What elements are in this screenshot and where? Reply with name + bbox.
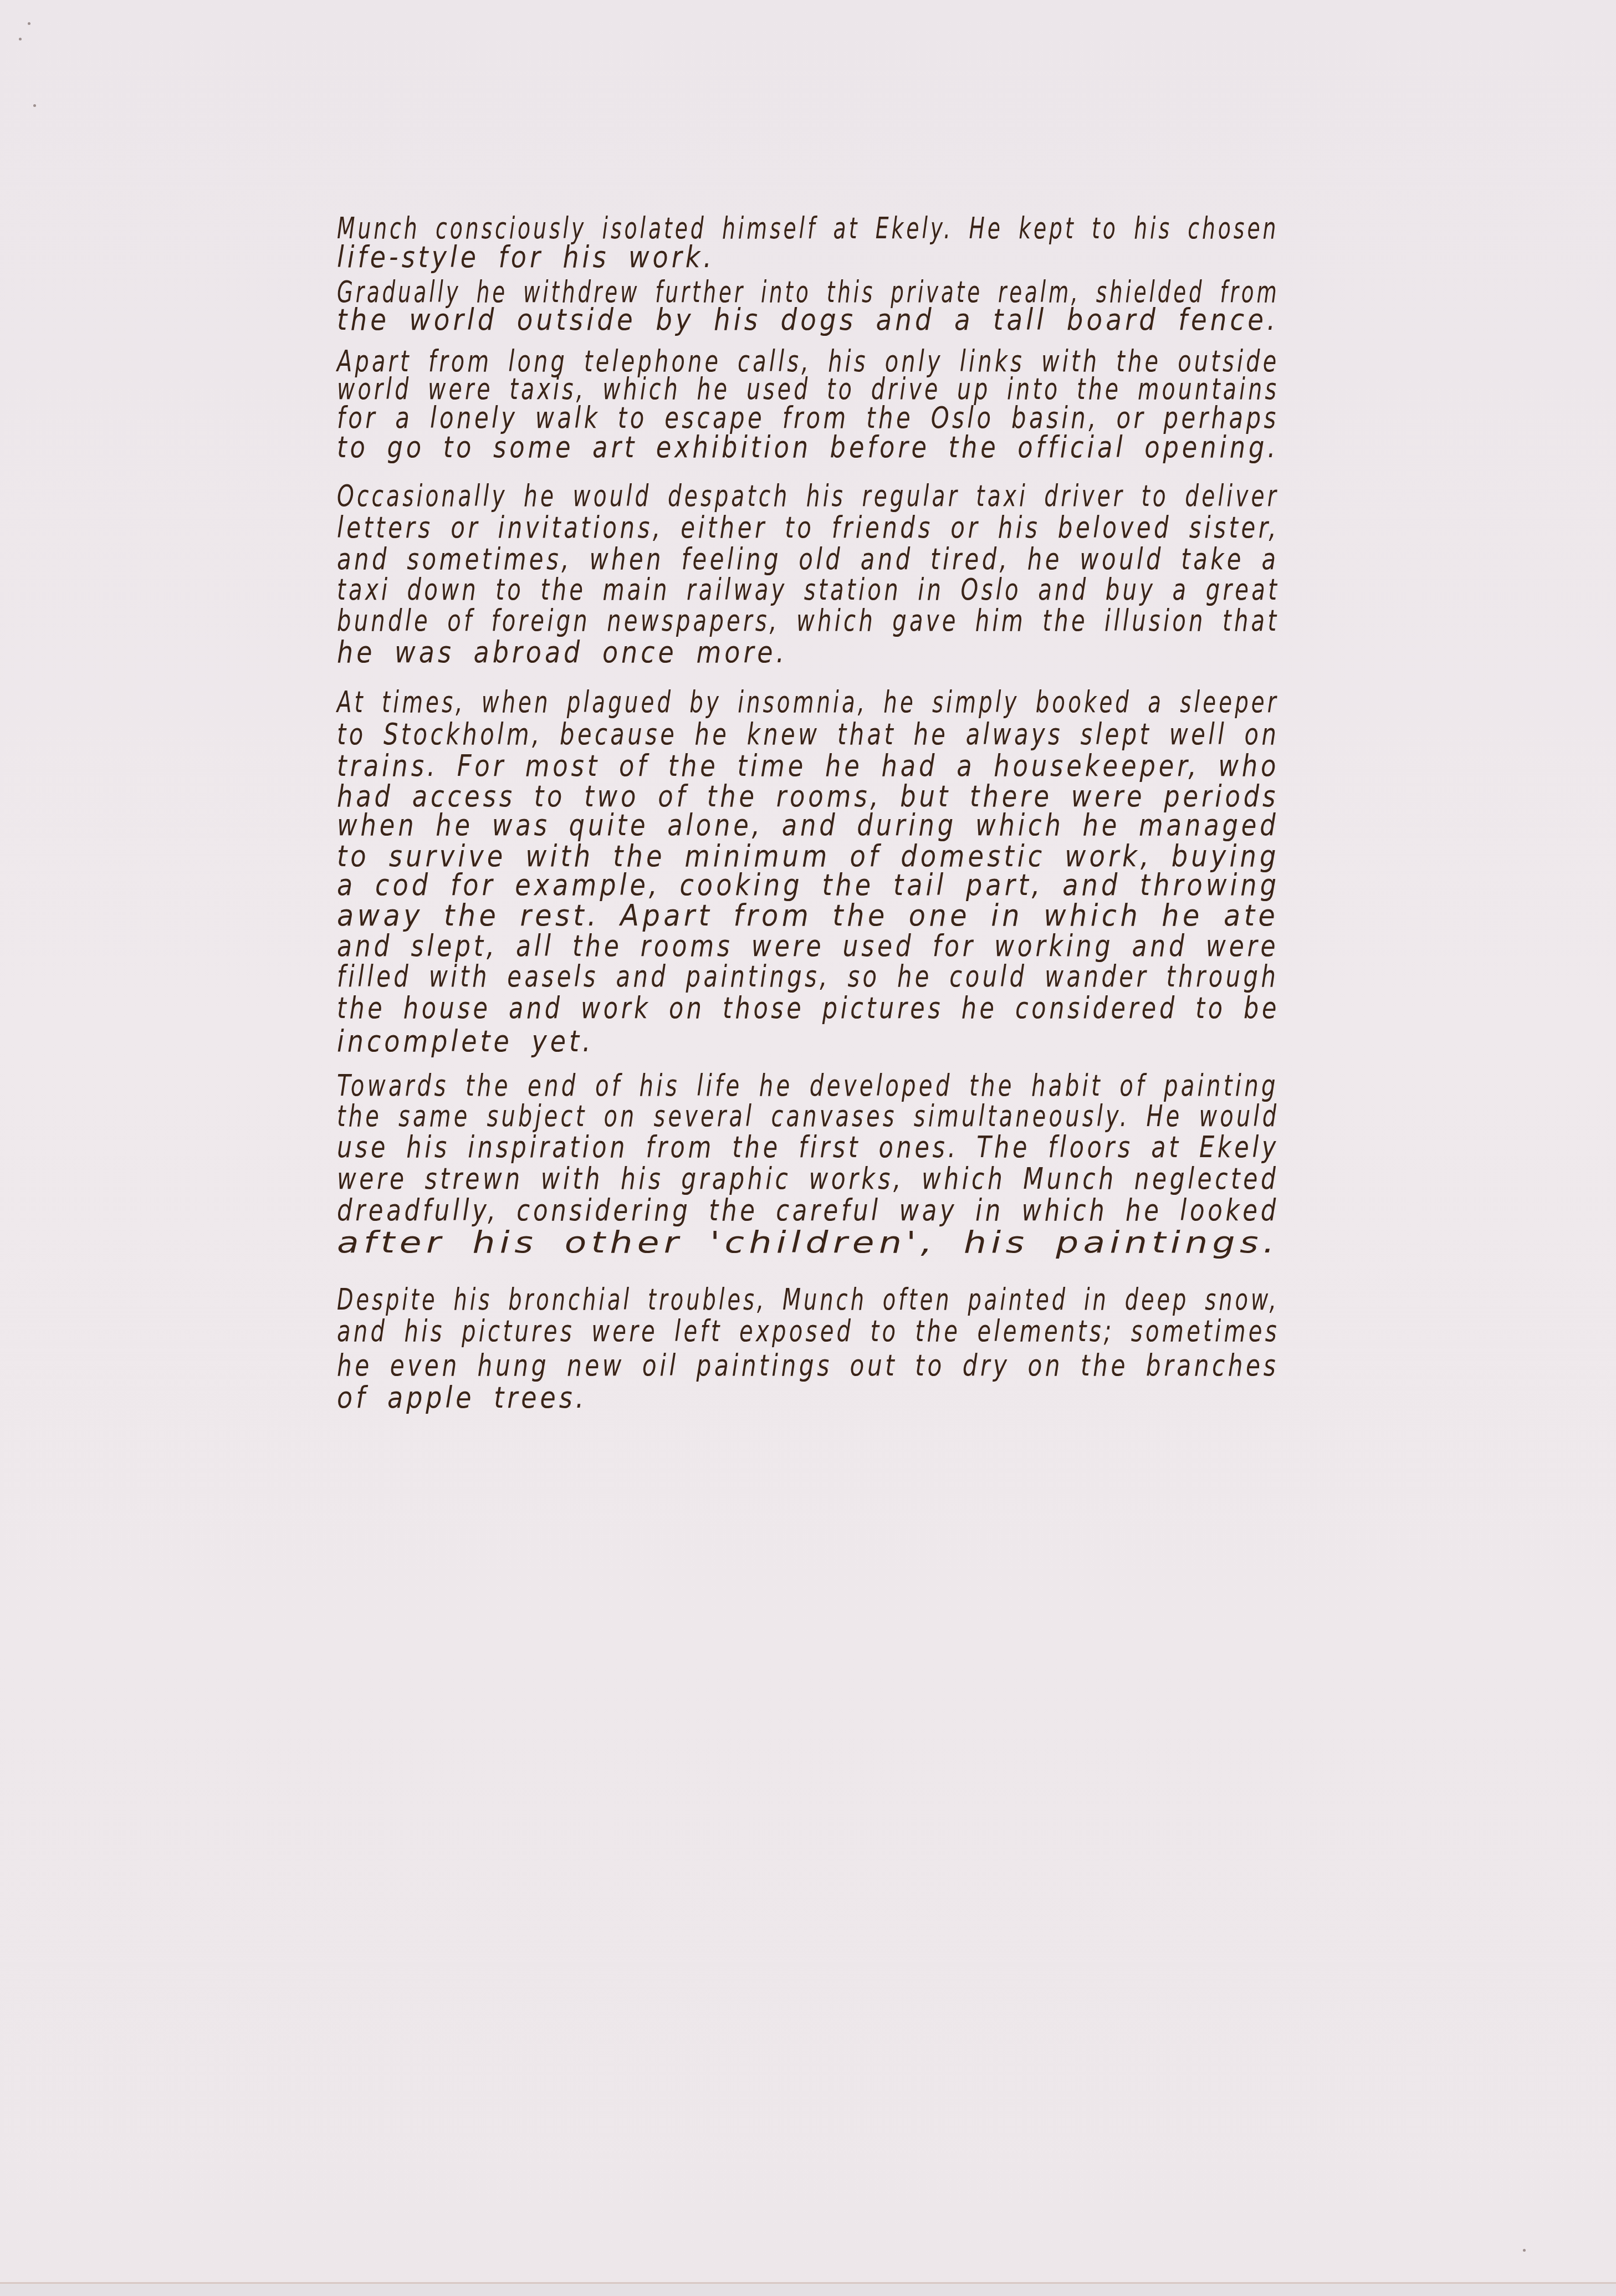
text-line: he even hung new oil paintings out to dr… (337, 1348, 1279, 1383)
text-line: away the rest. Apart from the one in whi… (337, 898, 1279, 933)
text-line: life-style for his work. (337, 240, 715, 274)
text-line: of apple trees. (337, 1380, 587, 1415)
text-line: when he was quite alone, and during whic… (337, 808, 1279, 842)
text-line: taxi down to the main railway station in… (337, 572, 1280, 607)
text-line: and sometimes, when feeling old and tire… (337, 542, 1279, 576)
paper-sheet: Munch consciously isolated himself at Ek… (0, 0, 1616, 2282)
text-line: trains. For most of the time he had a ho… (337, 749, 1279, 783)
text-line: were strewn with his graphic works, whic… (337, 1162, 1279, 1196)
text-line: the world outside by his dogs and a tall… (337, 303, 1279, 337)
text-line: after his other 'children', his painting… (337, 1225, 1279, 1260)
paper-speck (1523, 2249, 1526, 2252)
text-line: Occasionally he would despatch his regul… (337, 479, 1279, 513)
text-line: the house and work on those pictures he … (337, 991, 1280, 1025)
text-line: incomplete yet. (337, 1024, 594, 1058)
text-line: filled with easels and paintings, so he … (337, 959, 1279, 994)
text-line: use his inspiration from the first ones.… (337, 1130, 1279, 1164)
text-line: dreadfully, considering the careful way … (337, 1193, 1279, 1228)
text-line: Despite his bronchial troubles, Munch of… (337, 1282, 1279, 1317)
text-line: bundle of foreign newspapers, which gave… (337, 604, 1279, 638)
text-line: and his pictures were left exposed to th… (337, 1314, 1280, 1348)
paper-speck (19, 38, 22, 40)
text-line: to Stockholm, because he knew that he al… (337, 717, 1279, 751)
text-line: a cod for example, cooking the tail part… (337, 868, 1280, 902)
background-strip (0, 2284, 1616, 2296)
paper-speck (33, 104, 36, 107)
text-line: the same subject on several canvases sim… (337, 1099, 1279, 1133)
text-line: and slept, all the rooms were used for w… (337, 929, 1279, 963)
text-line: Towards the end of his life he developed… (337, 1068, 1279, 1103)
text-line: letters or invitations, either to friend… (337, 510, 1279, 545)
text-line: to go to some art exhibition before the … (337, 430, 1279, 464)
text-line: he was abroad once more. (337, 635, 787, 669)
paper-speck (28, 22, 30, 25)
text-line: At times, when plagued by insomnia, he s… (337, 685, 1279, 719)
